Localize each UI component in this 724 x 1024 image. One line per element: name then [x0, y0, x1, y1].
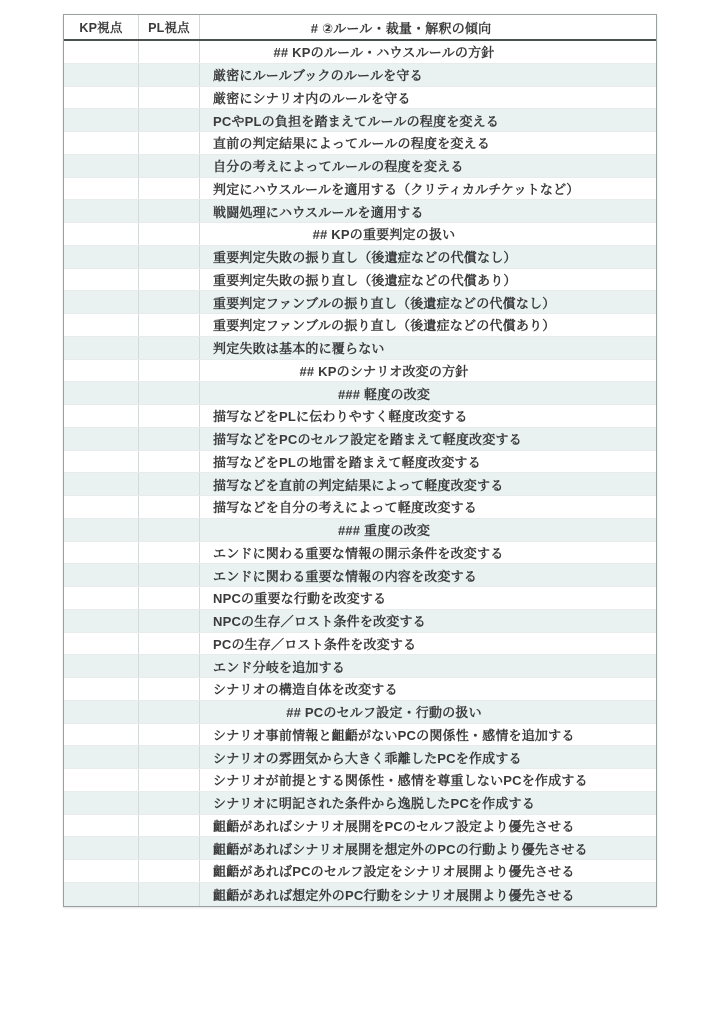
pl-cell[interactable]	[139, 405, 200, 427]
kp-cell[interactable]	[64, 428, 139, 450]
row-text: 描写などを自分の考えによって軽度改変する	[200, 496, 656, 518]
table-body: ## KPのルール・ハウスルールの方針 厳密にルールブックのルールを守る 厳密に…	[64, 41, 656, 906]
pl-cell[interactable]	[139, 87, 200, 109]
table-row: 重要判定ファンブルの振り直し（後遺症などの代償なし）	[64, 291, 656, 314]
pl-cell[interactable]	[139, 178, 200, 200]
kp-cell[interactable]	[64, 223, 139, 245]
kp-cell[interactable]	[64, 405, 139, 427]
kp-cell[interactable]	[64, 132, 139, 154]
row-text: 重要判定ファンブルの振り直し（後遺症などの代償なし）	[200, 291, 656, 313]
kp-cell[interactable]	[64, 109, 139, 131]
kp-cell[interactable]	[64, 269, 139, 291]
section-heading: ## PCのセルフ設定・行動の扱い	[200, 701, 656, 723]
table-row: ## KPのルール・ハウスルールの方針	[64, 41, 656, 64]
table-row: ### 重度の改変	[64, 519, 656, 542]
table-row: 厳密にシナリオ内のルールを守る	[64, 87, 656, 110]
table-row: 重要判定失敗の振り直し（後遺症などの代償なし）	[64, 246, 656, 269]
pl-cell[interactable]	[139, 610, 200, 632]
pl-cell[interactable]	[139, 519, 200, 541]
row-text: 直前の判定結果によってルールの程度を変える	[200, 132, 656, 154]
pl-cell[interactable]	[139, 542, 200, 564]
kp-cell[interactable]	[64, 815, 139, 837]
kp-cell[interactable]	[64, 769, 139, 791]
kp-cell[interactable]	[64, 41, 139, 63]
tendency-table: KP視点 PL視点 # ②ルール・裁量・解釈の傾向 ## KPのルール・ハウスル…	[63, 14, 657, 907]
kp-cell[interactable]	[64, 610, 139, 632]
column-header-kp: KP視点	[64, 15, 139, 39]
table-row: エンドに関わる重要な情報の内容を改変する	[64, 564, 656, 587]
table-row: 直前の判定結果によってルールの程度を変える	[64, 132, 656, 155]
kp-cell[interactable]	[64, 633, 139, 655]
pl-cell[interactable]	[139, 815, 200, 837]
row-text: PCやPLの負担を踏まえてルールの程度を変える	[200, 109, 656, 131]
kp-cell[interactable]	[64, 473, 139, 495]
table-header-row: KP視点 PL視点 # ②ルール・裁量・解釈の傾向	[64, 15, 656, 41]
table-row: 齟齬があれば想定外のPC行動をシナリオ展開より優先させる	[64, 883, 656, 906]
kp-cell[interactable]	[64, 519, 139, 541]
table-row: NPCの生存／ロスト条件を改変する	[64, 610, 656, 633]
row-text: シナリオに明記された条件から逸脱したPCを作成する	[200, 792, 656, 814]
row-text: 厳密にルールブックのルールを守る	[200, 64, 656, 86]
pl-cell[interactable]	[139, 883, 200, 906]
row-text: 齟齬があればシナリオ展開をPCのセルフ設定より優先させる	[200, 815, 656, 837]
table-row: 描写などをPCのセルフ設定を踏まえて軽度改変する	[64, 428, 656, 451]
table-row: ## KPのシナリオ改変の方針	[64, 360, 656, 383]
table-row: 重要判定失敗の振り直し（後遺症などの代償あり）	[64, 269, 656, 292]
pl-cell[interactable]	[139, 41, 200, 63]
pl-cell[interactable]	[139, 746, 200, 768]
pl-cell[interactable]	[139, 200, 200, 222]
row-text: 戦闘処理にハウスルールを適用する	[200, 200, 656, 222]
row-text: 自分の考えによってルールの程度を変える	[200, 155, 656, 177]
table-row: 重要判定ファンブルの振り直し（後遺症などの代償あり）	[64, 314, 656, 337]
table-row: シナリオが前提とする関係性・感情を尊重しないPCを作成する	[64, 769, 656, 792]
table-row: 齟齬があればシナリオ展開をPCのセルフ設定より優先させる	[64, 815, 656, 838]
table-row: シナリオの雰囲気から大きく乖離したPCを作成する	[64, 746, 656, 769]
pl-cell[interactable]	[139, 724, 200, 746]
table-row: ### 軽度の改変	[64, 382, 656, 405]
table-row: 戦闘処理にハウスルールを適用する	[64, 200, 656, 223]
kp-cell[interactable]	[64, 87, 139, 109]
row-text: 齟齬があれば想定外のPC行動をシナリオ展開より優先させる	[200, 883, 656, 906]
kp-cell[interactable]	[64, 860, 139, 882]
row-text: NPCの生存／ロスト条件を改変する	[200, 610, 656, 632]
table-row: 厳密にルールブックのルールを守る	[64, 64, 656, 87]
table-row: エンド分岐を追加する	[64, 655, 656, 678]
kp-cell[interactable]	[64, 314, 139, 336]
pl-cell[interactable]	[139, 269, 200, 291]
kp-cell[interactable]	[64, 337, 139, 359]
row-text: 描写などをPLに伝わりやすく軽度改変する	[200, 405, 656, 427]
kp-cell[interactable]	[64, 360, 139, 382]
pl-cell[interactable]	[139, 451, 200, 473]
table-row: 描写などを直前の判定結果によって軽度改変する	[64, 473, 656, 496]
table-row: 判定にハウスルールを適用する（クリティカルチケットなど）	[64, 178, 656, 201]
pl-cell[interactable]	[139, 860, 200, 882]
section-heading: ### 軽度の改変	[200, 382, 656, 404]
page: KP視点 PL視点 # ②ルール・裁量・解釈の傾向 ## KPのルール・ハウスル…	[0, 0, 724, 1024]
pl-cell[interactable]	[139, 837, 200, 859]
kp-cell[interactable]	[64, 655, 139, 677]
kp-cell[interactable]	[64, 542, 139, 564]
kp-cell[interactable]	[64, 883, 139, 906]
kp-cell[interactable]	[64, 587, 139, 609]
pl-cell[interactable]	[139, 155, 200, 177]
row-text: 描写などをPCのセルフ設定を踏まえて軽度改変する	[200, 428, 656, 450]
pl-cell[interactable]	[139, 655, 200, 677]
kp-cell[interactable]	[64, 837, 139, 859]
kp-cell[interactable]	[64, 382, 139, 404]
kp-cell[interactable]	[64, 451, 139, 473]
row-text: 重要判定ファンブルの振り直し（後遺症などの代償あり）	[200, 314, 656, 336]
table-row: 齟齬があればPCのセルフ設定をシナリオ展開より優先させる	[64, 860, 656, 883]
row-text: 重要判定失敗の振り直し（後遺症などの代償なし）	[200, 246, 656, 268]
row-text: 厳密にシナリオ内のルールを守る	[200, 87, 656, 109]
section-heading: ## KPの重要判定の扱い	[200, 223, 656, 245]
table-row: 描写などをPLに伝わりやすく軽度改変する	[64, 405, 656, 428]
table-row: NPCの重要な行動を改変する	[64, 587, 656, 610]
pl-cell[interactable]	[139, 132, 200, 154]
pl-cell[interactable]	[139, 633, 200, 655]
row-text: シナリオが前提とする関係性・感情を尊重しないPCを作成する	[200, 769, 656, 791]
table-row: エンドに関わる重要な情報の開示条件を改変する	[64, 542, 656, 565]
kp-cell[interactable]	[64, 678, 139, 700]
table-row: シナリオ事前情報と齟齬がないPCの関係性・感情を追加する	[64, 724, 656, 747]
section-heading: ## KPのルール・ハウスルールの方針	[200, 41, 656, 63]
table-row: 描写などを自分の考えによって軽度改変する	[64, 496, 656, 519]
kp-cell[interactable]	[64, 496, 139, 518]
kp-cell[interactable]	[64, 200, 139, 222]
row-text: シナリオの雰囲気から大きく乖離したPCを作成する	[200, 746, 656, 768]
kp-cell[interactable]	[64, 246, 139, 268]
table-row: シナリオに明記された条件から逸脱したPCを作成する	[64, 792, 656, 815]
pl-cell[interactable]	[139, 496, 200, 518]
kp-cell[interactable]	[64, 291, 139, 313]
table-row: PCやPLの負担を踏まえてルールの程度を変える	[64, 109, 656, 132]
pl-cell[interactable]	[139, 314, 200, 336]
kp-cell[interactable]	[64, 178, 139, 200]
row-text: エンドに関わる重要な情報の内容を改変する	[200, 564, 656, 586]
table-title: # ②ルール・裁量・解釈の傾向	[200, 15, 656, 39]
row-text: 描写などを直前の判定結果によって軽度改変する	[200, 473, 656, 495]
pl-cell[interactable]	[139, 428, 200, 450]
kp-cell[interactable]	[64, 746, 139, 768]
pl-cell[interactable]	[139, 564, 200, 586]
table-row: 自分の考えによってルールの程度を変える	[64, 155, 656, 178]
pl-cell[interactable]	[139, 360, 200, 382]
kp-cell[interactable]	[64, 792, 139, 814]
table-row: ## KPの重要判定の扱い	[64, 223, 656, 246]
row-text: 判定失敗は基本的に覆らない	[200, 337, 656, 359]
section-heading: ## KPのシナリオ改変の方針	[200, 360, 656, 382]
kp-cell[interactable]	[64, 724, 139, 746]
pl-cell[interactable]	[139, 223, 200, 245]
row-text: 齟齬があればPCのセルフ設定をシナリオ展開より優先させる	[200, 860, 656, 882]
table-row: 齟齬があればシナリオ展開を想定外のPCの行動より優先させる	[64, 837, 656, 860]
pl-cell[interactable]	[139, 769, 200, 791]
pl-cell[interactable]	[139, 246, 200, 268]
kp-cell[interactable]	[64, 701, 139, 723]
row-text: シナリオの構造自体を改変する	[200, 678, 656, 700]
table-row: PCの生存／ロスト条件を改変する	[64, 633, 656, 656]
pl-cell[interactable]	[139, 382, 200, 404]
pl-cell[interactable]	[139, 473, 200, 495]
table-row: 判定失敗は基本的に覆らない	[64, 337, 656, 360]
row-text: エンド分岐を追加する	[200, 655, 656, 677]
row-text: シナリオ事前情報と齟齬がないPCの関係性・感情を追加する	[200, 724, 656, 746]
pl-cell[interactable]	[139, 64, 200, 86]
row-text: 判定にハウスルールを適用する（クリティカルチケットなど）	[200, 178, 656, 200]
pl-cell[interactable]	[139, 678, 200, 700]
row-text: 齟齬があればシナリオ展開を想定外のPCの行動より優先させる	[200, 837, 656, 859]
table-row: 描写などをPLの地雷を踏まえて軽度改変する	[64, 451, 656, 474]
pl-cell[interactable]	[139, 291, 200, 313]
kp-cell[interactable]	[64, 564, 139, 586]
pl-cell[interactable]	[139, 337, 200, 359]
table-row: ## PCのセルフ設定・行動の扱い	[64, 701, 656, 724]
section-heading: ### 重度の改変	[200, 519, 656, 541]
pl-cell[interactable]	[139, 701, 200, 723]
column-header-pl: PL視点	[139, 15, 200, 39]
row-text: PCの生存／ロスト条件を改変する	[200, 633, 656, 655]
pl-cell[interactable]	[139, 587, 200, 609]
row-text: 重要判定失敗の振り直し（後遺症などの代償あり）	[200, 269, 656, 291]
kp-cell[interactable]	[64, 155, 139, 177]
kp-cell[interactable]	[64, 64, 139, 86]
row-text: エンドに関わる重要な情報の開示条件を改変する	[200, 542, 656, 564]
row-text: NPCの重要な行動を改変する	[200, 587, 656, 609]
table-row: シナリオの構造自体を改変する	[64, 678, 656, 701]
pl-cell[interactable]	[139, 792, 200, 814]
pl-cell[interactable]	[139, 109, 200, 131]
row-text: 描写などをPLの地雷を踏まえて軽度改変する	[200, 451, 656, 473]
